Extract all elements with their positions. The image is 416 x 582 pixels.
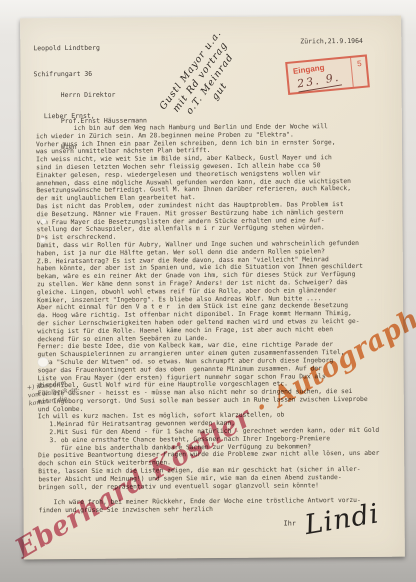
- punch-hole: [41, 218, 47, 224]
- punch-hole: [40, 237, 46, 243]
- closing-word: Ihr: [284, 519, 296, 527]
- scanned-letter-photo: Leopold Lindtberg Schifrungart 36 Zürich…: [0, 0, 416, 582]
- letter-paper: Leopold Lindtberg Schifrungart 36 Zürich…: [20, 16, 405, 560]
- stamp-divider: [350, 58, 354, 87]
- recipient-title: Herrn Direktor: [61, 91, 147, 100]
- sender-name: Leopold Lindtberg: [33, 44, 100, 53]
- stamp-number: 5: [357, 59, 362, 68]
- dateline: Zürich,21.9.1964: [300, 37, 363, 45]
- salutation: Lieber Ernst,: [44, 112, 95, 120]
- punch-hole: [37, 357, 48, 367]
- letter-body: ich bin auf dem Weg nach Hamburg und Ber…: [36, 123, 380, 515]
